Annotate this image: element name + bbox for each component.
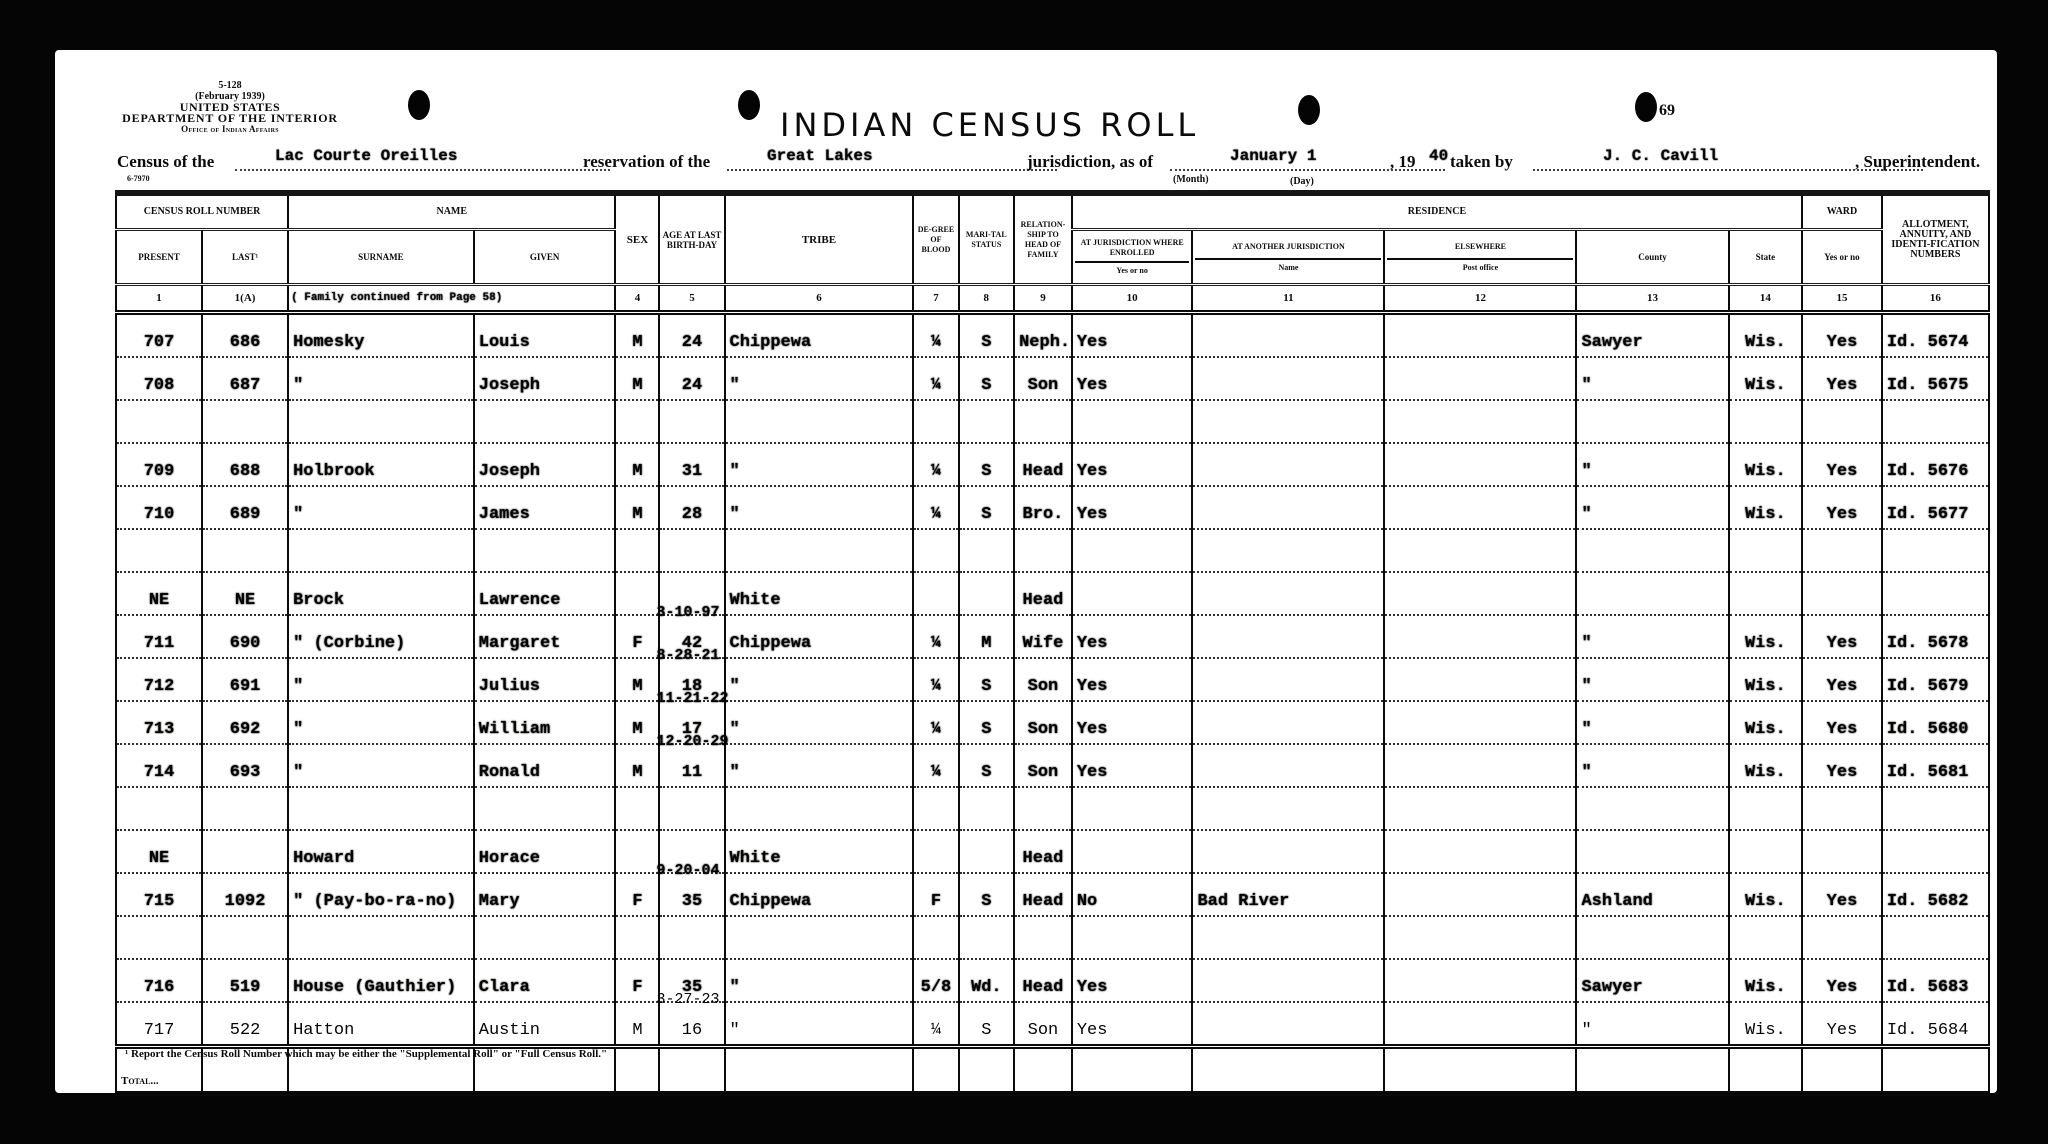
post-office-cell — [1384, 357, 1576, 400]
sex-cell: M — [615, 486, 659, 529]
marital-cell: S — [959, 873, 1015, 916]
relationship-cell: Head — [1014, 443, 1072, 486]
marital-cell — [959, 572, 1015, 615]
sex-cell: M — [615, 658, 659, 701]
ward-cell: Yes — [1802, 357, 1882, 400]
last-cell: 689 — [202, 486, 288, 529]
another-jurisdiction-cell — [1192, 787, 1384, 830]
marital-cell: S — [959, 701, 1015, 744]
last-cell: 1092 — [202, 873, 288, 916]
ward-cell: Yes — [1802, 701, 1882, 744]
degree-cell — [913, 787, 958, 830]
county-cell: " — [1576, 701, 1728, 744]
state-cell: Wis. — [1729, 1002, 1803, 1047]
at-jurisdiction-cell: Yes — [1072, 1002, 1193, 1047]
state-cell — [1729, 916, 1803, 959]
degree-cell: ¼ — [913, 615, 958, 658]
surname-cell: Howard — [288, 830, 474, 873]
agency-line-2: DEPARTMENT OF THE INTERIOR — [115, 113, 345, 124]
allotment-cell: Id. 5674 — [1882, 313, 1989, 358]
county-cell: Sawyer — [1576, 959, 1728, 1002]
page-title: INDIAN CENSUS ROLL — [780, 106, 1199, 144]
post-office-cell — [1384, 615, 1576, 658]
allotment-cell: Id. 5679 — [1882, 658, 1989, 701]
another-jurisdiction-header: At another jurisdiction Name — [1192, 230, 1384, 285]
col-num-6: 6 — [725, 285, 914, 313]
post-office-cell — [1384, 873, 1576, 916]
marital-cell: S — [959, 744, 1015, 787]
age-cell: 12-20-2911 — [659, 744, 724, 787]
relationship-cell: Head — [1014, 873, 1072, 916]
another-jurisdiction-cell: Bad River — [1192, 873, 1384, 916]
allotment-cell: Id. 5683 — [1882, 959, 1989, 1002]
tribe-cell — [725, 787, 914, 830]
census-table: Census Roll Number Name Sex Age at last … — [115, 196, 1990, 1096]
given-cell: Julius — [474, 658, 616, 701]
relationship-cell — [1014, 529, 1072, 572]
marital-header: Mari-tal status — [959, 196, 1015, 285]
jurisdiction-label: jurisdiction, as of — [1027, 152, 1153, 172]
birth-date: 11-21-22 — [656, 690, 728, 707]
ward-cell — [1802, 529, 1882, 572]
relationship-cell: Head — [1014, 830, 1072, 873]
tribe-cell: " — [725, 357, 914, 400]
allotment-header: Allotment, annuity, and identi-fication … — [1882, 196, 1989, 285]
post-office-cell — [1384, 916, 1576, 959]
post-office-cell — [1384, 1002, 1576, 1047]
elsewhere-label: Elsewhere — [1387, 242, 1573, 260]
post-office-cell — [1384, 701, 1576, 744]
last-cell — [202, 529, 288, 572]
marital-cell: S — [959, 357, 1015, 400]
ward-cell: Yes — [1802, 1002, 1882, 1047]
present-cell: 712 — [116, 658, 202, 701]
table-row: 708687"JosephM24"¼SSonYes"Wis.YesId. 567… — [116, 357, 1989, 400]
post-office-cell — [1384, 486, 1576, 529]
table-row — [116, 529, 1989, 572]
another-jurisdiction-cell — [1192, 830, 1384, 873]
year-field: 40 — [1427, 147, 1445, 171]
allotment-cell — [1882, 400, 1989, 443]
table-row — [116, 787, 1989, 830]
present-cell: NE — [116, 572, 202, 615]
degree-cell — [913, 916, 958, 959]
marital-cell — [959, 916, 1015, 959]
age-value: 31 — [682, 462, 702, 481]
surname-cell: " (Corbine) — [288, 615, 474, 658]
marital-cell — [959, 400, 1015, 443]
post-office-cell — [1384, 400, 1576, 443]
another-jurisdiction-cell — [1192, 443, 1384, 486]
month-label: (Month) — [1173, 174, 1209, 185]
at-jurisdiction-cell — [1072, 400, 1193, 443]
punch-hole — [1635, 92, 1657, 122]
at-jurisdiction-cell — [1072, 572, 1193, 615]
present-cell — [116, 529, 202, 572]
at-jurisdiction-cell — [1072, 830, 1193, 873]
year-prefix: , 19 — [1390, 152, 1416, 172]
county-cell — [1576, 572, 1728, 615]
state-header: State — [1729, 230, 1803, 285]
present-cell: 708 — [116, 357, 202, 400]
age-cell — [659, 916, 724, 959]
age-value: 28 — [682, 505, 702, 524]
given-cell — [474, 916, 616, 959]
table-row: NENEBrockLawrenceWhiteHead — [116, 572, 1989, 615]
sex-header: Sex — [615, 196, 659, 285]
ward-cell — [1802, 400, 1882, 443]
sex-cell — [615, 572, 659, 615]
tribe-cell: " — [725, 701, 914, 744]
given-cell: Joseph — [474, 443, 616, 486]
degree-cell — [913, 400, 958, 443]
at-jurisdiction-cell — [1072, 529, 1193, 572]
day-label: (Day) — [1290, 176, 1314, 187]
county-cell — [1576, 787, 1728, 830]
degree-cell — [913, 572, 958, 615]
ward-sub-header: Yes or no — [1802, 230, 1882, 285]
present-cell: 717 — [116, 1002, 202, 1047]
degree-cell: ¼ — [913, 486, 958, 529]
page-number-mark: 69 — [1659, 102, 1675, 120]
elsewhere-header: Elsewhere Post office — [1384, 230, 1576, 285]
present-cell: 714 — [116, 744, 202, 787]
present-cell: NE — [116, 830, 202, 873]
given-cell: Margaret — [474, 615, 616, 658]
reservation-field: Lac Courte Oreilles — [235, 147, 610, 171]
state-cell: Wis. — [1729, 873, 1803, 916]
relationship-cell — [1014, 400, 1072, 443]
relationship-cell: Neph. — [1014, 313, 1072, 358]
given-cell — [474, 787, 616, 830]
marital-cell: S — [959, 443, 1015, 486]
ward-cell: Yes — [1802, 486, 1882, 529]
another-jurisdiction-sublabel: Name — [1195, 260, 1381, 273]
allotment-cell: Id. 5684 — [1882, 1002, 1989, 1047]
last-cell: 686 — [202, 313, 288, 358]
degree-cell: ¼ — [913, 313, 958, 358]
ward-cell: Yes — [1802, 615, 1882, 658]
given-cell: Austin — [474, 1002, 616, 1047]
state-cell: Wis. — [1729, 313, 1803, 358]
ward-cell: Yes — [1802, 873, 1882, 916]
jurisdiction-field: Great Lakes — [727, 147, 1057, 171]
form-identifier: 5-128 (February 1939) UNITED STATES DEPA… — [115, 80, 345, 135]
relationship-cell: Son — [1014, 1002, 1072, 1047]
col-num-12: 12 — [1384, 285, 1576, 313]
sex-cell: F — [615, 873, 659, 916]
at-jurisdiction-cell — [1072, 916, 1193, 959]
at-jurisdiction-cell: Yes — [1072, 615, 1193, 658]
county-cell — [1576, 400, 1728, 443]
degree-cell — [913, 830, 958, 873]
birth-date: 8-28-21 — [656, 647, 719, 664]
another-jurisdiction-cell — [1192, 701, 1384, 744]
given-cell: Mary — [474, 873, 616, 916]
age-cell — [659, 787, 724, 830]
col-num-9: 9 — [1014, 285, 1072, 313]
age-value: 16 — [682, 1021, 702, 1040]
surname-cell: House (Gauthier) — [288, 959, 474, 1002]
footnote: ¹ Report the Census Roll Number which ma… — [125, 1048, 607, 1060]
present-cell: 715 — [116, 873, 202, 916]
table-row: 717522HattonAustinM3-27-2316"¼SSonYes"Wi… — [116, 1002, 1989, 1047]
table-row: 7151092" (Pay-bo-ra-no)MaryF9-20-0435Chi… — [116, 873, 1989, 916]
sex-cell — [615, 529, 659, 572]
tribe-cell — [725, 529, 914, 572]
surname-cell — [288, 787, 474, 830]
ward-cell — [1802, 916, 1882, 959]
table-row — [116, 916, 1989, 959]
given-cell — [474, 529, 616, 572]
given-cell — [474, 400, 616, 443]
at-jurisdiction-cell: Yes — [1072, 744, 1193, 787]
surname-cell: " — [288, 486, 474, 529]
given-cell: Clara — [474, 959, 616, 1002]
another-jurisdiction-label: At another jurisdiction — [1195, 242, 1381, 260]
state-cell: Wis. — [1729, 615, 1803, 658]
county-cell — [1576, 916, 1728, 959]
allotment-cell: Id. 5677 — [1882, 486, 1989, 529]
age-cell: 28 — [659, 486, 724, 529]
census-document-page: 69 5-128 (February 1939) UNITED STATES D… — [55, 50, 1997, 1093]
sex-cell: F — [615, 615, 659, 658]
county-cell: " — [1576, 615, 1728, 658]
table-row: 707686HomeskyLouisM24Chippewa¼SNeph.YesS… — [116, 313, 1989, 358]
post-office-cell — [1384, 443, 1576, 486]
marital-cell: S — [959, 313, 1015, 358]
at-jurisdiction-cell: No — [1072, 873, 1193, 916]
county-cell: " — [1576, 744, 1728, 787]
another-jurisdiction-cell — [1192, 400, 1384, 443]
sex-cell: M — [615, 701, 659, 744]
marital-cell: S — [959, 658, 1015, 701]
degree-cell — [913, 529, 958, 572]
sex-cell: M — [615, 357, 659, 400]
sex-cell — [615, 830, 659, 873]
county-cell: Sawyer — [1576, 313, 1728, 358]
post-office-cell — [1384, 529, 1576, 572]
post-office-cell — [1384, 572, 1576, 615]
present-cell — [116, 787, 202, 830]
col-num-14: 14 — [1729, 285, 1803, 313]
tribe-cell: Chippewa — [725, 313, 914, 358]
age-value: 35 — [682, 892, 702, 911]
ward-cell: Yes — [1802, 443, 1882, 486]
tribe-cell — [725, 916, 914, 959]
allotment-cell: Id. 5678 — [1882, 615, 1989, 658]
marital-cell — [959, 830, 1015, 873]
tribe-cell: " — [725, 959, 914, 1002]
census-rows: 707686HomeskyLouisM24Chippewa¼SNeph.YesS… — [116, 313, 1989, 1047]
sex-cell — [615, 400, 659, 443]
birth-date: 9-20-04 — [656, 862, 719, 879]
surname-cell: Hatton — [288, 1002, 474, 1047]
census-roll-number-header: Census Roll Number — [116, 196, 288, 230]
col-num-5: 5 — [659, 285, 724, 313]
post-office-cell — [1384, 313, 1576, 358]
allotment-cell — [1882, 787, 1989, 830]
birth-date: 12-20-29 — [656, 733, 728, 750]
surname-cell: Homesky — [288, 313, 474, 358]
tribe-cell: " — [725, 1002, 914, 1047]
age-header: Age at last birth-day — [659, 196, 724, 285]
allotment-cell — [1882, 916, 1989, 959]
state-cell: Wis. — [1729, 959, 1803, 1002]
surname-header: Surname — [288, 230, 474, 285]
relationship-cell: Head — [1014, 959, 1072, 1002]
present-cell: 709 — [116, 443, 202, 486]
table-row: 710689"JamesM28"¼SBro.Yes"Wis.YesId. 567… — [116, 486, 1989, 529]
another-jurisdiction-cell — [1192, 486, 1384, 529]
given-cell: William — [474, 701, 616, 744]
relationship-header: Relation-ship to head of family — [1014, 196, 1072, 285]
degree-cell: ¼ — [913, 443, 958, 486]
sex-cell — [615, 916, 659, 959]
age-cell — [659, 400, 724, 443]
census-of-label: Census of the — [117, 152, 214, 172]
table-row: NEHowardHoraceWhiteHead — [116, 830, 1989, 873]
agency-line-3: Office of Indian Affairs — [115, 124, 345, 135]
surname-cell: Brock — [288, 572, 474, 615]
marital-cell: Wd. — [959, 959, 1015, 1002]
age-cell: 9-20-0435 — [659, 873, 724, 916]
at-jurisdiction-cell: Yes — [1072, 658, 1193, 701]
allotment-cell: Id. 5682 — [1882, 873, 1989, 916]
county-cell: " — [1576, 1002, 1728, 1047]
last-cell: 519 — [202, 959, 288, 1002]
given-cell: Lawrence — [474, 572, 616, 615]
age-cell: 3-27-2316 — [659, 1002, 724, 1047]
table-row: 712691"JuliusM8-28-2118"¼SSonYes"Wis.Yes… — [116, 658, 1989, 701]
last-cell — [202, 830, 288, 873]
degree-cell: ¼ — [913, 744, 958, 787]
surname-cell — [288, 400, 474, 443]
at-jurisdiction-header: At jurisdiction where enrolled Yes or no — [1072, 230, 1193, 285]
ward-cell: Yes — [1802, 313, 1882, 358]
ward-cell — [1802, 787, 1882, 830]
last-cell: 690 — [202, 615, 288, 658]
relationship-cell: Wife — [1014, 615, 1072, 658]
reservation-of-label: reservation of the — [583, 152, 710, 172]
col-num-8: 8 — [959, 285, 1015, 313]
sex-cell — [615, 787, 659, 830]
ward-cell: Yes — [1802, 959, 1882, 1002]
marital-cell — [959, 787, 1015, 830]
ward-cell: Yes — [1802, 744, 1882, 787]
tribe-cell: " — [725, 486, 914, 529]
age-cell: 24 — [659, 357, 724, 400]
allotment-cell: Id. 5676 — [1882, 443, 1989, 486]
state-cell: Wis. — [1729, 701, 1803, 744]
tribe-cell: " — [725, 658, 914, 701]
age-cell — [659, 529, 724, 572]
given-cell: Ronald — [474, 744, 616, 787]
last-cell — [202, 400, 288, 443]
allotment-cell: Id. 5681 — [1882, 744, 1989, 787]
present-cell — [116, 400, 202, 443]
surname-cell: " — [288, 357, 474, 400]
relationship-cell — [1014, 787, 1072, 830]
name-header: Name — [288, 196, 615, 230]
present-cell: 711 — [116, 615, 202, 658]
col-num-10: 10 — [1072, 285, 1193, 313]
surname-cell: " — [288, 744, 474, 787]
county-cell: Ashland — [1576, 873, 1728, 916]
age-cell: 31 — [659, 443, 724, 486]
at-jurisdiction-cell: Yes — [1072, 443, 1193, 486]
birth-date: 3-10-97 — [656, 604, 719, 621]
col-num-7: 7 — [913, 285, 958, 313]
county-cell: " — [1576, 486, 1728, 529]
another-jurisdiction-cell — [1192, 658, 1384, 701]
col-num-1a: 1(a) — [202, 285, 288, 313]
tribe-cell: Chippewa — [725, 873, 914, 916]
surname-cell — [288, 529, 474, 572]
residence-header: Residence — [1072, 196, 1802, 230]
last-cell: 692 — [202, 701, 288, 744]
state-cell: Wis. — [1729, 357, 1803, 400]
table-row: 709688HolbrookJosephM31"¼SHeadYes"Wis.Ye… — [116, 443, 1989, 486]
present-cell: 713 — [116, 701, 202, 744]
post-office-cell — [1384, 658, 1576, 701]
relationship-cell: Son — [1014, 701, 1072, 744]
age-value: 11 — [682, 763, 702, 782]
degree-cell: ¼ — [913, 701, 958, 744]
given-cell: Horace — [474, 830, 616, 873]
last-cell: 522 — [202, 1002, 288, 1047]
state-cell — [1729, 830, 1803, 873]
another-jurisdiction-cell — [1192, 357, 1384, 400]
relationship-cell: Son — [1014, 658, 1072, 701]
degree-cell: ¼ — [913, 658, 958, 701]
present-cell: 710 — [116, 486, 202, 529]
tribe-cell — [725, 400, 914, 443]
given-cell: James — [474, 486, 616, 529]
state-cell: Wis. — [1729, 486, 1803, 529]
ward-header: Ward — [1802, 196, 1882, 230]
surname-cell: Holbrook — [288, 443, 474, 486]
relationship-cell: Bro. — [1014, 486, 1072, 529]
state-cell: Wis. — [1729, 744, 1803, 787]
last-cell — [202, 787, 288, 830]
at-jurisdiction-sublabel: Yes or no — [1075, 263, 1190, 276]
table-row: 716519House (Gauthier)ClaraF35"5/8Wd.Hea… — [116, 959, 1989, 1002]
present-cell: 716 — [116, 959, 202, 1002]
tribe-cell: White — [725, 830, 914, 873]
surname-cell: " — [288, 701, 474, 744]
sex-cell: M — [615, 443, 659, 486]
given-cell: Louis — [474, 313, 616, 358]
superintendent-label: , Superintendent. — [1855, 152, 1980, 172]
table-row: 714693"RonaldM12-20-2911"¼SSonYes"Wis.Ye… — [116, 744, 1989, 787]
another-jurisdiction-cell — [1192, 1002, 1384, 1047]
marital-cell: S — [959, 486, 1015, 529]
last-cell: 688 — [202, 443, 288, 486]
county-cell: " — [1576, 443, 1728, 486]
birth-date: 3-27-23 — [656, 991, 719, 1008]
marital-cell: M — [959, 615, 1015, 658]
post-office-cell — [1384, 744, 1576, 787]
another-jurisdiction-cell — [1192, 529, 1384, 572]
age-value: 24 — [682, 333, 702, 352]
allotment-cell — [1882, 572, 1989, 615]
state-cell: Wis. — [1729, 443, 1803, 486]
form-number: 5-128 — [115, 80, 345, 91]
elsewhere-sublabel: Post office — [1387, 260, 1573, 273]
tribe-cell: White — [725, 572, 914, 615]
at-jurisdiction-cell: Yes — [1072, 313, 1193, 358]
